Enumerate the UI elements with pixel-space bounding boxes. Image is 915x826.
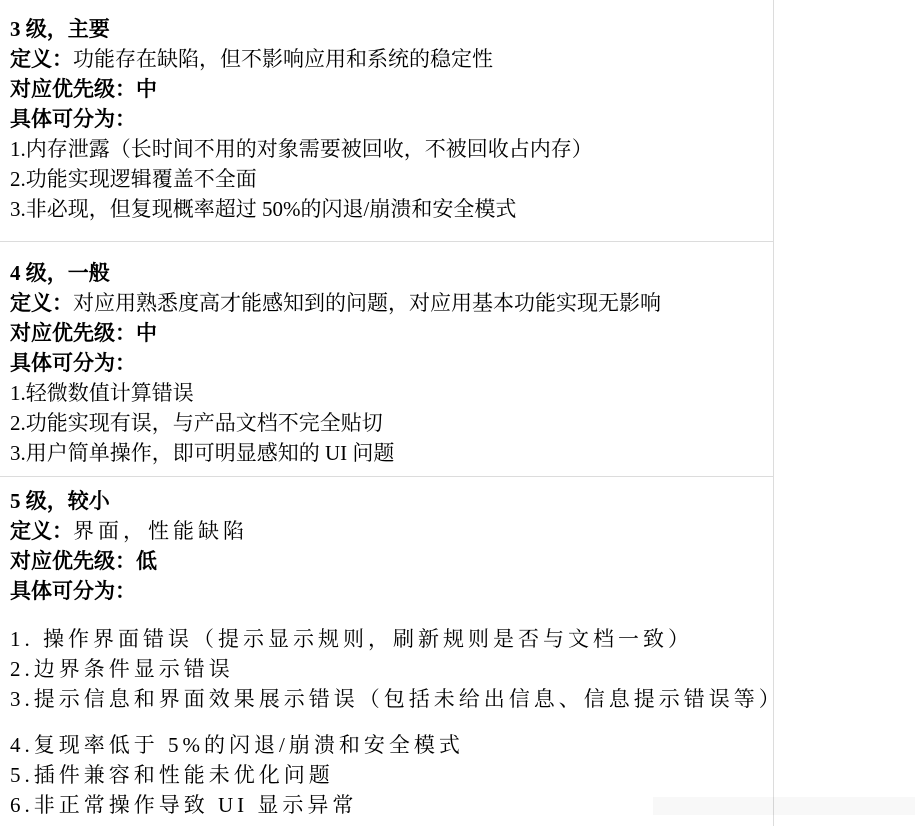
section-title: 5 级，较小 (10, 486, 759, 516)
document-page: 3 级，主要 定义：功能存在缺陷，但不影响应用和系统的稳定性 对应优先级：中 具… (0, 0, 915, 826)
definition-line: 定义：功能存在缺陷，但不影响应用和系统的稳定性 (10, 44, 759, 74)
severity-item: 1. 操作界面错误（提示显示规则，刷新规则是否与文档一致） (10, 624, 759, 654)
definition-line: 定义：界面，性能缺陷 (10, 516, 759, 546)
severity-item: 1.内存泄露（长时间不用的对象需要被回收，不被回收占内存） (10, 134, 759, 164)
definition-label: 定义： (10, 291, 73, 315)
document-content-column: 3 级，主要 定义：功能存在缺陷，但不影响应用和系统的稳定性 对应优先级：中 具… (0, 0, 774, 826)
severity-item: 3.提示信息和界面效果展示错误（包括未给出信息、信息提示错误等） (10, 684, 759, 714)
severity-section-level-5: 5 级，较小 定义：界面，性能缺陷 对应优先级：低 具体可分为： 1. 操作界面… (0, 477, 773, 826)
severity-item: 2.功能实现有误，与产品文档不完全贴切 (10, 408, 759, 438)
severity-item: 5.插件兼容和性能未优化问题 (10, 760, 759, 790)
definition-text: 功能存在缺陷，但不影响应用和系统的稳定性 (73, 47, 493, 71)
severity-item: 2.边界条件显示错误 (10, 654, 759, 684)
items-label: 具体可分为： (10, 348, 759, 378)
severity-item: 2.功能实现逻辑覆盖不全面 (10, 164, 759, 194)
definition-label: 定义： (10, 519, 73, 543)
items-label: 具体可分为： (10, 576, 759, 606)
definition-label: 定义： (10, 47, 73, 71)
definition-line: 定义：对应用熟悉度高才能感知到的问题，对应用基本功能实现无影响 (10, 288, 759, 318)
severity-section-level-4: 4 级，一般 定义：对应用熟悉度高才能感知到的问题，对应用基本功能实现无影响 对… (0, 242, 773, 477)
items-label: 具体可分为： (10, 104, 759, 134)
severity-section-level-3: 3 级，主要 定义：功能存在缺陷，但不影响应用和系统的稳定性 对应优先级：中 具… (0, 0, 773, 242)
priority-line: 对应优先级：低 (10, 546, 759, 576)
definition-text: 界面，性能缺陷 (73, 519, 248, 543)
priority-line: 对应优先级：中 (10, 74, 759, 104)
severity-item: 3.用户简单操作，即可明显感知的 UI 问题 (10, 438, 759, 468)
priority-line: 对应优先级：中 (10, 318, 759, 348)
section-title: 3 级，主要 (10, 14, 759, 44)
severity-item: 3.非必现，但复现概率超过 50%的闪退/崩溃和安全模式 (10, 194, 759, 224)
severity-item: 6.非正常操作导致 UI 显示异常 (10, 790, 759, 820)
severity-item: 4.复现率低于 5%的闪退/崩溃和安全模式 (10, 730, 759, 760)
severity-item: 1.轻微数值计算错误 (10, 378, 759, 408)
definition-text: 对应用熟悉度高才能感知到的问题，对应用基本功能实现无影响 (73, 291, 661, 315)
section-title: 4 级，一般 (10, 258, 759, 288)
